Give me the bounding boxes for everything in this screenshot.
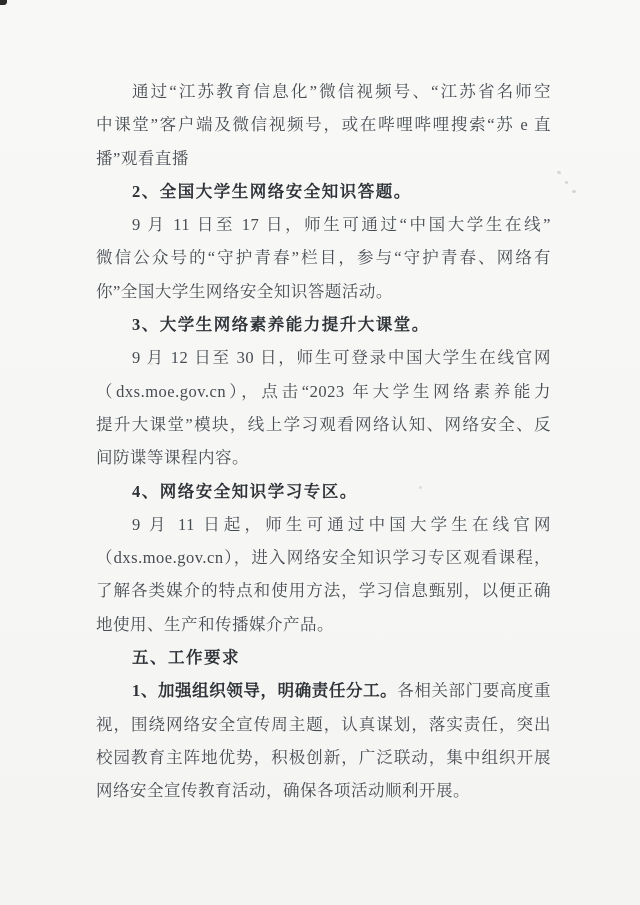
section-heading-learning-zone: 4、网络安全知识学习专区。	[96, 475, 551, 508]
paragraph-literacy-line-3: 提升大课堂”模块，线上学习观看网络认知、网络安全、反	[96, 408, 551, 441]
paragraph-zone-line-2: （dxs.moe.gov.cn），进入网络安全知识学习专区观看课程，	[96, 541, 551, 574]
paragraph-zone-line-4: 地使用、生产和传播媒介产品。	[96, 608, 551, 641]
paragraph-literacy-line-2: （dxs.moe.gov.cn），点击“2023 年大学生网络素养能力	[96, 375, 551, 408]
section-heading-quiz: 2、全国大学生网络安全知识答题。	[96, 175, 551, 208]
paragraph-zone-line-3: 了解各类媒介的特点和使用方法，学习信息甄别，以便正确	[96, 574, 551, 607]
section-heading-literacy-class: 3、大学生网络素养能力提升大课堂。	[96, 308, 551, 341]
document-text-block: 通过“江苏教育信息化”微信视频号、“江苏省名师空 中课堂”客户端及微信视频号，或…	[96, 75, 551, 808]
paragraph-quiz-line-2: 微信公众号的“守护青春”栏目，参与“守护青春、网络有	[96, 241, 551, 274]
scan-corner-artifact	[0, 0, 7, 5]
requirement-lead-rest: 各相关部门要高度重	[397, 681, 551, 700]
scan-speck	[557, 170, 562, 174]
scan-speck	[565, 181, 568, 184]
paragraph-broadcast-line-3: 播”观看直播	[96, 142, 551, 175]
paragraph-requirement-line-3: 校园教育主阵地优势，积极创新，广泛联动，集中组织开展	[96, 741, 551, 774]
paragraph-requirement-line-4: 网络安全宣传教育活动，确保各项活动顺利开展。	[96, 774, 551, 807]
paragraph-literacy-line-1: 9 月 12 日至 30 日，师生可登录中国大学生在线官网	[96, 341, 551, 374]
scan-speck	[572, 189, 577, 193]
scanned-document-page: 通过“江苏教育信息化”微信视频号、“江苏省名师空 中课堂”客户端及微信视频号，或…	[0, 0, 640, 905]
paragraph-broadcast-line-1: 通过“江苏教育信息化”微信视频号、“江苏省名师空	[96, 75, 551, 108]
paragraph-quiz-line-3: 你”全国大学生网络安全知识答题活动。	[96, 275, 551, 308]
paragraph-requirement-line-1: 1、加强组织领导，明确责任分工。各相关部门要高度重	[96, 674, 551, 707]
paragraph-literacy-line-4: 间防谍等课程内容。	[96, 441, 551, 474]
paragraph-quiz-line-1: 9 月 11 日至 17 日，师生可通过“中国大学生在线”	[96, 208, 551, 241]
paragraph-requirement-line-2: 视，围绕网络安全宣传周主题，认真谋划，落实责任，突出	[96, 708, 551, 741]
paragraph-broadcast-line-2: 中课堂”客户端及微信视频号，或在哔哩哔哩搜索“苏 e 直	[96, 108, 551, 141]
section-heading-work-requirements: 五、工作要求	[96, 641, 551, 674]
requirement-lead-bold: 1、加强组织领导，明确责任分工。	[132, 681, 397, 700]
paragraph-zone-line-1: 9 月 11 日起，师生可通过中国大学生在线官网	[96, 508, 551, 541]
